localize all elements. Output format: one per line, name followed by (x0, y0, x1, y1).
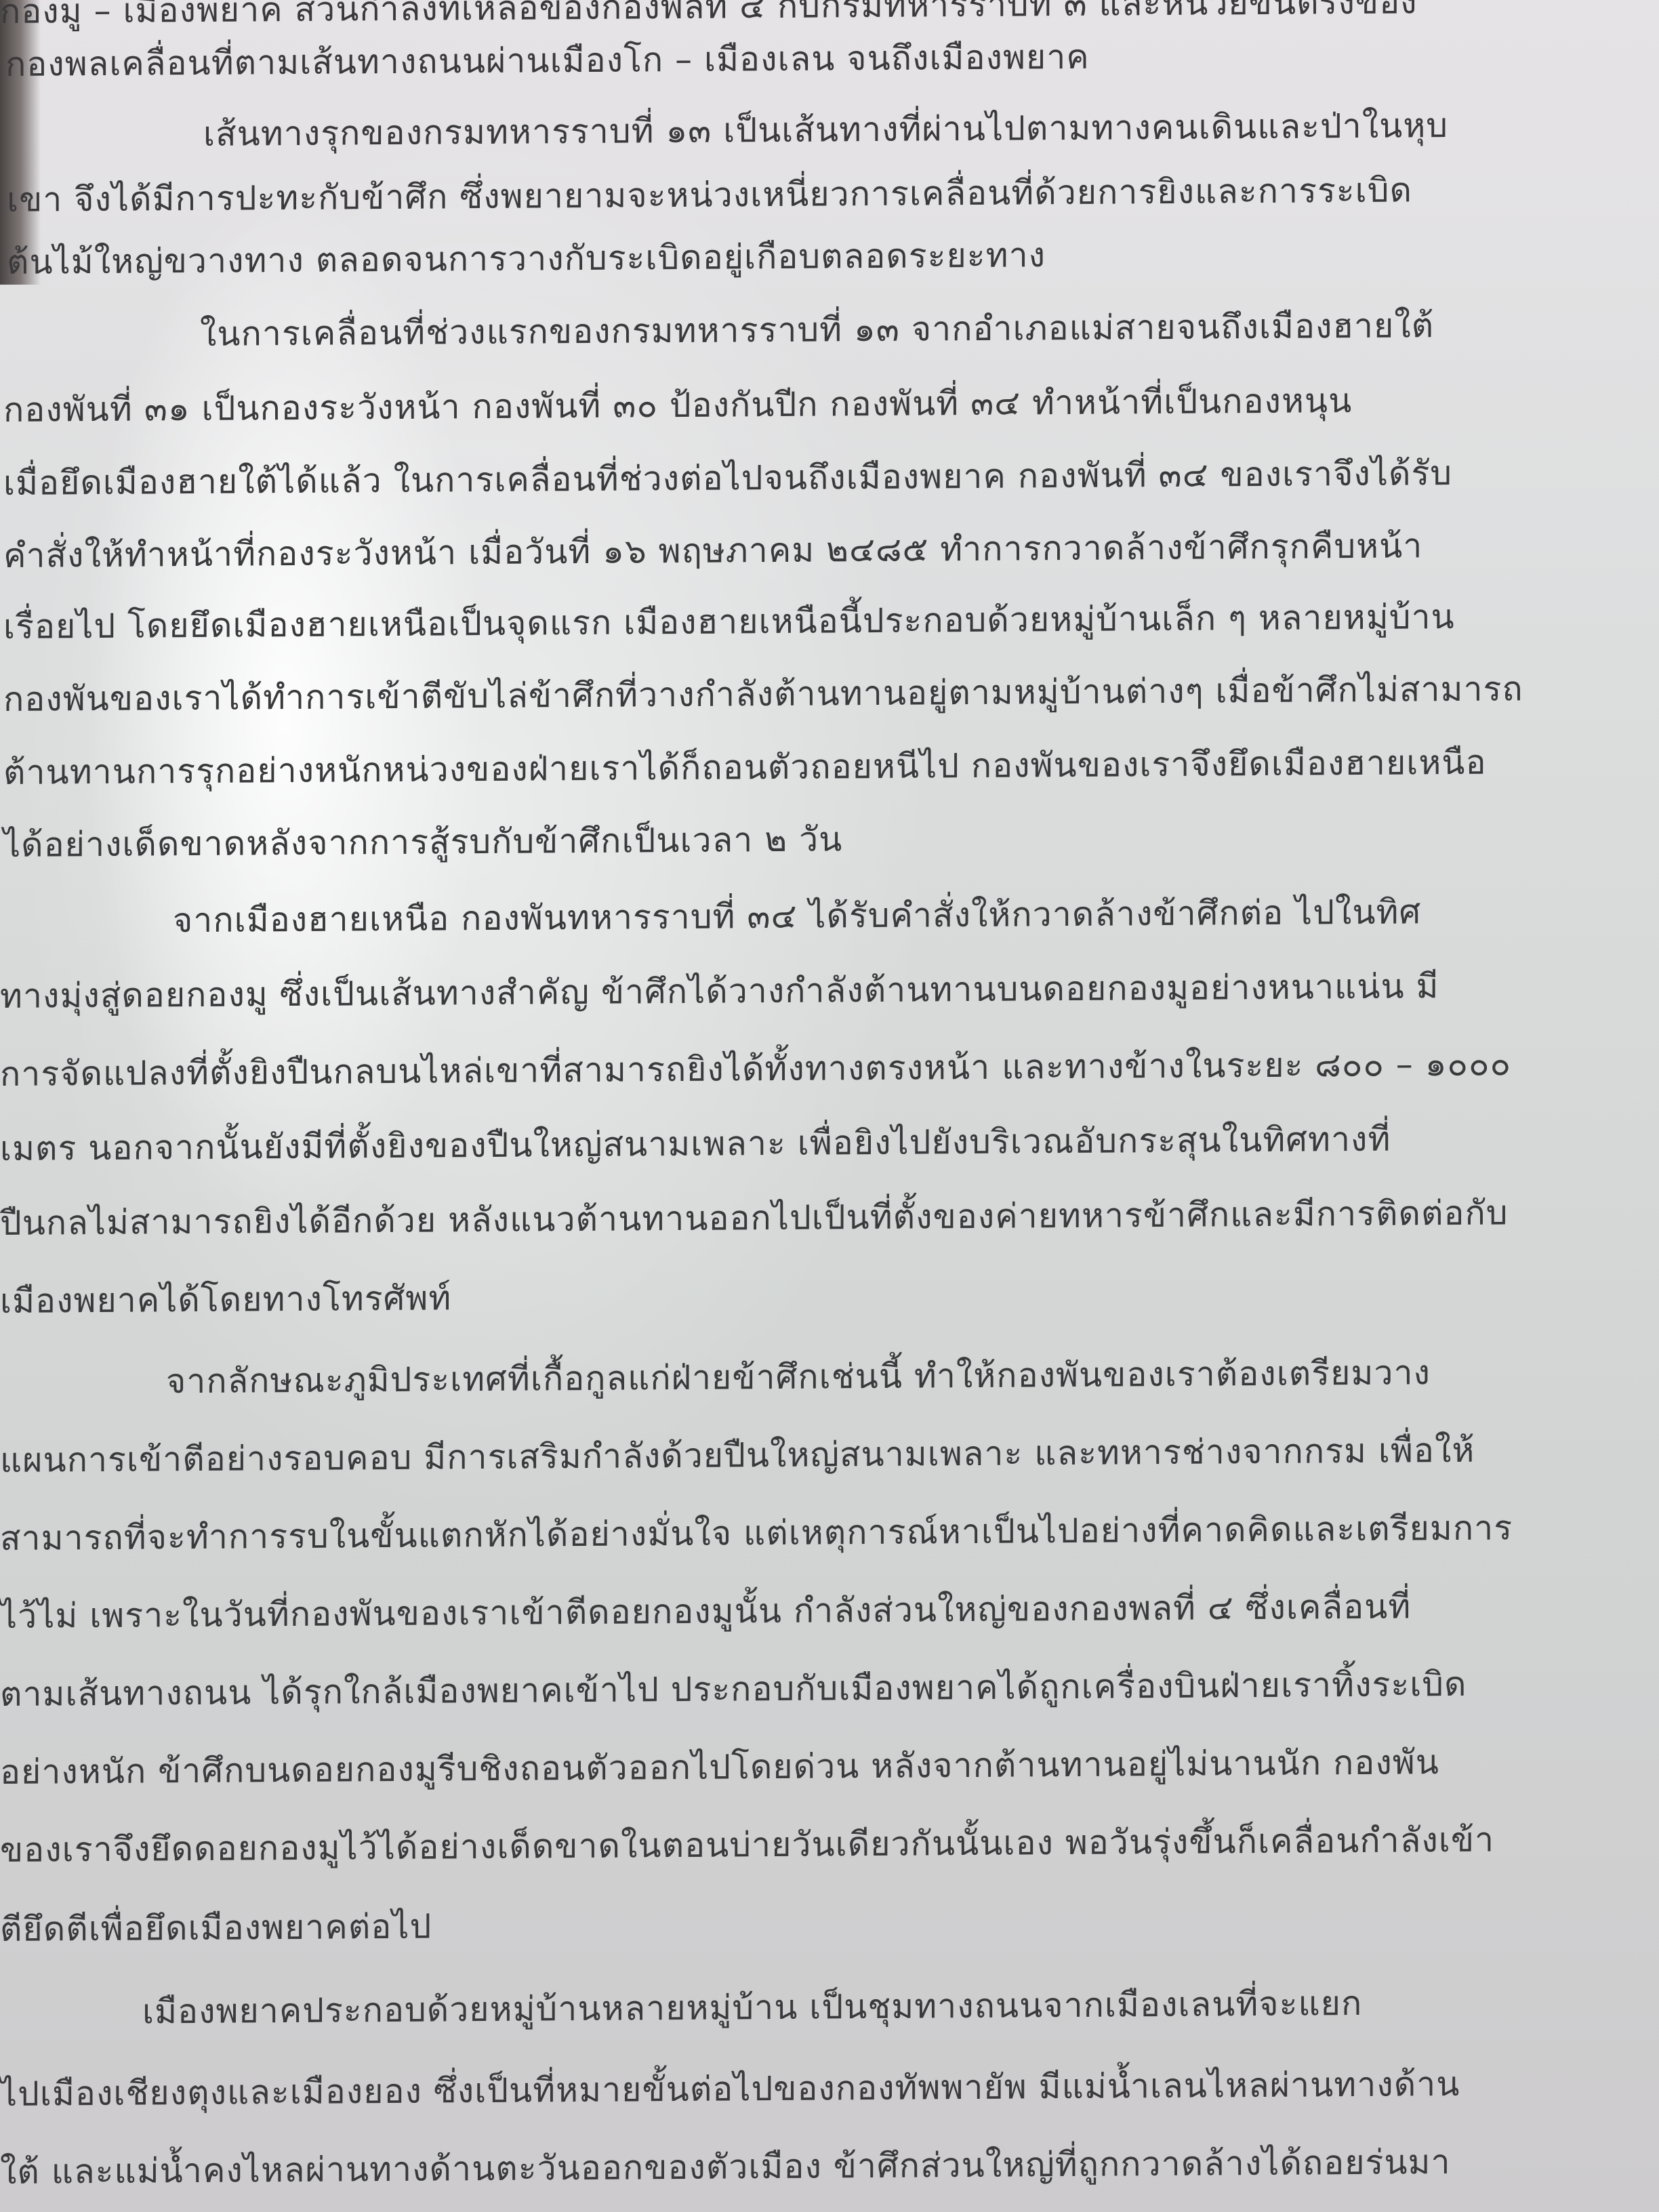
text-line: ไว้ไม่ เพราะในวันที่กองพันของเราเข้าตีดอ… (0, 1589, 1411, 1633)
text-line: ต้นไม้ใหญ่ขวางทาง ตลอดจนการวางกับระเบิดอ… (7, 238, 1046, 279)
text-line: สามารถที่จะทำการรบในขั้นแตกหักได้อย่างมั… (0, 1511, 1513, 1555)
text-line: ต้านทานการรุกอย่างหนักหน่วงของฝ่ายเราได้… (3, 745, 1487, 790)
paragraph-first-line: เมืองพยาคประกอบด้วยหมู่บ้านหลายหมู่บ้าน … (142, 1986, 1362, 2029)
text-line: ทางมุ่งสู่ดอยกองมู ซึ่งเป็นเส้นทางสำคัญ … (0, 969, 1439, 1013)
paragraph-first-line: ในการเคลื่อนที่ช่วงแรกของกรมทหารราบที่ ๑… (200, 308, 1434, 351)
text-line: กองพันของเราได้ทำการเข้าตีขับไล่ข้าศึกที… (3, 672, 1523, 716)
paragraph-first-line: จากเมืองฮายเหนือ กองพันทหารราบที่ ๓๔ ได้… (173, 895, 1421, 937)
text-line: แผนการเข้าตีอย่างรอบคอบ มีการเสริมกำลังด… (0, 1433, 1475, 1477)
text-line: เขา จึงได้มีการปะทะกับข้าศึก ซึ่งพยายามจ… (7, 173, 1412, 216)
text-line: กองพันที่ ๓๑ เป็นกองระวังหน้า กองพันที่ … (3, 384, 1352, 427)
text-line: เมื่อยึดเมืองฮายใต้ได้แล้ว ในการเคลื่อนท… (3, 456, 1452, 500)
text-line: ใต้ และแม่น้ำคงไหลผ่านทางด้านตะวันออกของ… (0, 2145, 1451, 2189)
text-line: ตามเส้นทางถนน ได้รุกใกล้เมืองพยาคเข้าไป … (0, 1667, 1467, 1711)
text-line: เรื่อยไป โดยยึดเมืองฮายเหนือเป็นจุดแรก เ… (3, 600, 1455, 644)
text-line: ปืนกลไม่สามารถยิงได้อีกด้วย หลังแนวต้านท… (0, 1195, 1508, 1240)
document-page: กองมู – เมืองพยาค ส่วนกำลังที่เหลือของกอ… (0, 0, 1659, 2212)
text-line: อย่างหนัก ข้าศึกบนดอยกองมูรีบชิงถอนตัวออ… (0, 1745, 1439, 1789)
text-line: เมตร นอกจากนั้นยังมีที่ตั้งยิงของปืนใหญ่… (0, 1122, 1391, 1166)
text-line: ไปเมืองเชียงตุงและเมืองยอง ซึ่งเป็นที่หม… (0, 2067, 1460, 2111)
text-line: กองมู – เมืองพยาค ส่วนกำลังที่เหลือของกอ… (0, 0, 1418, 28)
paragraph-first-line: จากลักษณะภูมิประเทศที่เกื้อกูลแก่ฝ่ายข้า… (166, 1355, 1431, 1398)
text-line: ของเราจึงยึดดอยกองมูไว้ได้อย่างเด็ดขาดใน… (0, 1823, 1494, 1867)
text-line: การจัดแปลงที่ตั้งยิงปืนกลบนไหล่เขาที่สาม… (0, 1046, 1511, 1091)
text-line: กองพลเคลื่อนที่ตามเส้นทางถนนผ่านเมืองโก … (5, 40, 1090, 81)
text-line: ตียึดตีเพื่อยึดเมืองพยาคต่อไป (0, 1910, 432, 1946)
text-line: ได้อย่างเด็ดขาดหลังจากการสู้รบกับข้าศึกเ… (3, 822, 842, 862)
text-line: เมืองพยาคได้โดยทางโทรศัพท์ (0, 1281, 451, 1318)
paragraph-first-line: เส้นทางรุกของกรมทหารราบที่ ๑๓ เป็นเส้นทา… (203, 108, 1448, 151)
text-line: คำสั่งให้ทำหน้าที่กองระวังหน้า เมื่อวันท… (3, 529, 1422, 573)
